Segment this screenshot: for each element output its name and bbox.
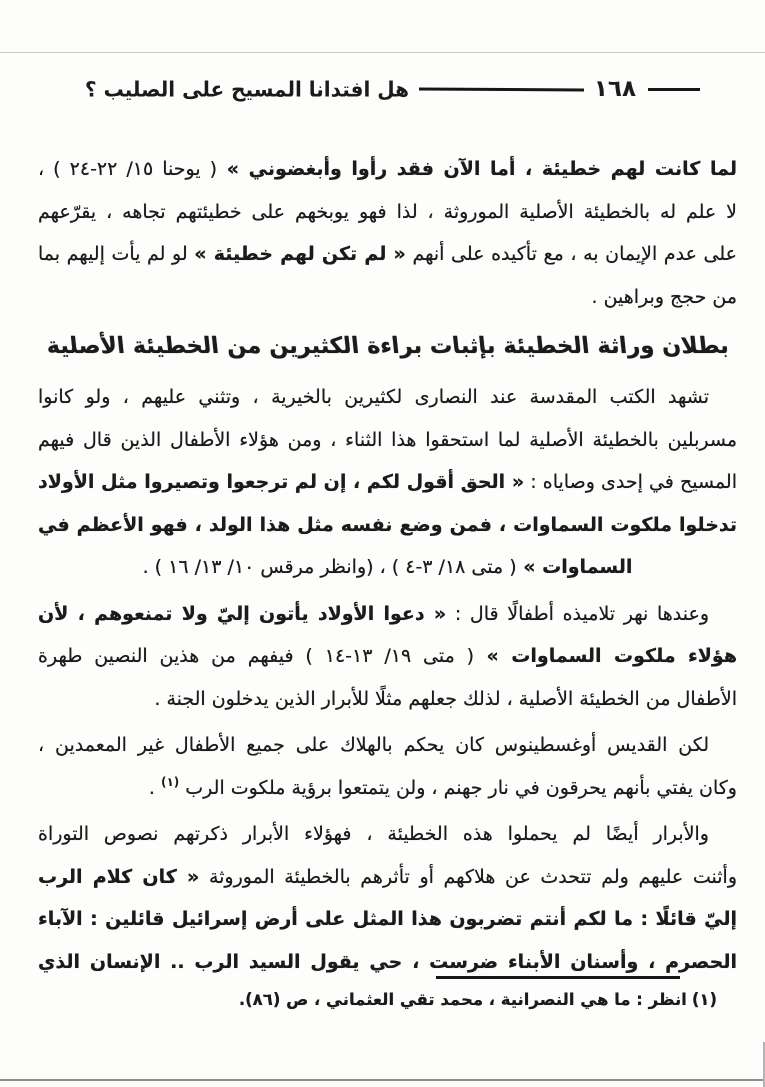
text-segment: تشهد الكتب المقدسة عند النصارى لكثيرين ب… — [38, 386, 709, 408]
footnote-ref-marker: (١) — [692, 990, 717, 1009]
bottom-edge-line — [0, 1079, 765, 1081]
body-line: لا علم له بالخطيئة الأصلية الموروثة ، لذ… — [38, 191, 737, 234]
body-line: وكان يفتي بأنهم يحرقون في نار جهنم ، ولن… — [38, 767, 737, 810]
header-rule-short — [648, 88, 700, 91]
text-segment: وأثنت عليهم ولم تتحدث عن هلاكهم أو تأثره… — [199, 866, 737, 888]
body-line: مسربلين بالخطيئة الأصلية لما استحقوا هذا… — [38, 419, 737, 462]
top-edge-line — [0, 52, 765, 53]
book-page: هل افتدانا المسيح على الصليب ؟ ١٦٨ لما ك… — [0, 0, 765, 1087]
text-segment: المسيح في إحدى وصاياه : — [524, 471, 737, 493]
body-line: المسيح في إحدى وصاياه : « الحق أقول لكم … — [38, 461, 737, 504]
text-segment: « لم تكن لهم خطيئة » — [194, 243, 406, 265]
text-segment: لكن القديس أوغسطينوس كان يحكم بالهلاك عل… — [38, 734, 709, 756]
paragraph: تشهد الكتب المقدسة عند النصارى لكثيرين ب… — [38, 376, 737, 589]
text-segment: إليّ قائلًا : ما لكم أنتم تضربون هذا الم… — [38, 908, 737, 941]
page-number: ١٦٨ — [594, 76, 636, 102]
text-segment: وعندها نهر تلاميذه أطفالًا قال : — [446, 603, 709, 625]
body-line: لما كانت لهم خطيئة ، أما الآن فقد رأوا و… — [38, 148, 737, 191]
text-segment: وكان يفتي بأنهم يحرقون في نار جهنم ، ولن… — [179, 777, 737, 799]
paragraph: والأبرار أيضًا لم يحملوا هذه الخطيئة ، ف… — [38, 813, 737, 983]
body-line: لكن القديس أوغسطينوس كان يحكم بالهلاك عل… — [38, 724, 737, 767]
footnote: (١)انظر : ما هي النصرانية ، محمد تقي الع… — [38, 976, 737, 1013]
body-line: الأطفال من الخطيئة الأصلية ، لذلك جعلهم … — [38, 678, 737, 721]
body-line: هؤلاء ملكوت السماوات » ( متى ١٩/ ‏١٣-١٤ … — [38, 635, 737, 678]
paragraph: لما كانت لهم خطيئة ، أما الآن فقد رأوا و… — [38, 148, 737, 318]
body-line: وأثنت عليهم ولم تتحدث عن هلاكهم أو تأثره… — [38, 856, 737, 899]
section-heading: بطلان وراثة الخطيئة بإثبات براءة الكثيري… — [36, 324, 740, 368]
footnote-marker-superscript: (١) — [161, 775, 179, 789]
body-line: على عدم الإيمان به ، مع تأكيده على أنهم … — [38, 233, 737, 276]
text-segment: من حجج وبراهين . — [591, 286, 737, 308]
footnote-line: (١)انظر : ما هي النصرانية ، محمد تقي الع… — [38, 987, 737, 1013]
body-line: تدخلوا ملكوت السماوات ، فمن وضع نفسه مثل… — [38, 504, 737, 547]
book-title: هل افتدانا المسيح على الصليب ؟ — [85, 77, 409, 102]
body-line: إليّ قائلًا : ما لكم أنتم تضربون هذا الم… — [38, 898, 737, 941]
body-line: تشهد الكتب المقدسة عند النصارى لكثيرين ب… — [38, 376, 737, 419]
body-line: من حجج وبراهين . — [38, 276, 737, 319]
text-segment: ( متى ١٨/ ‏٣-٤ ) ، (وانظر مرقس ١٠/ ‏١٣/ … — [143, 556, 517, 578]
text-segment: السماوات » — [517, 556, 633, 578]
text-segment: تدخلوا ملكوت السماوات ، فمن وضع نفسه مثل… — [38, 514, 737, 547]
running-head: هل افتدانا المسيح على الصليب ؟ ١٦٨ — [85, 70, 700, 108]
text-segment: لا علم له بالخطيئة الأصلية الموروثة ، لذ… — [38, 201, 737, 223]
header-rule — [419, 87, 584, 91]
footnote-text: انظر : ما هي النصرانية ، محمد تقي العثما… — [239, 990, 687, 1009]
body-text: لما كانت لهم خطيئة ، أما الآن فقد رأوا و… — [38, 148, 737, 987]
text-segment: والأبرار أيضًا لم يحملوا هذه الخطيئة ، ف… — [38, 823, 709, 845]
paragraph: وعندها نهر تلاميذه أطفالًا قال : « دعوا … — [38, 593, 737, 721]
text-segment: على عدم الإيمان به ، مع تأكيده على أنهم — [406, 243, 737, 265]
text-segment: ( متى ١٩/ ‏١٣-١٤ ) فيفهم من هذين النصين … — [38, 645, 474, 667]
text-segment: الأطفال من الخطيئة الأصلية ، لذلك جعلهم … — [154, 688, 737, 710]
text-segment: لما كانت لهم خطيئة ، أما الآن فقد رأوا و… — [217, 158, 737, 180]
body-line: السماوات » ( متى ١٨/ ‏٣-٤ ) ، (وانظر مرق… — [38, 546, 737, 589]
text-segment: هؤلاء ملكوت السماوات » — [474, 645, 737, 667]
paragraph: لكن القديس أوغسطينوس كان يحكم بالهلاك عل… — [38, 724, 737, 809]
body-line: وعندها نهر تلاميذه أطفالًا قال : « دعوا … — [38, 593, 737, 636]
text-segment: . — [149, 777, 161, 799]
body-line: والأبرار أيضًا لم يحملوا هذه الخطيئة ، ف… — [38, 813, 737, 856]
text-segment: « كان كلام الرب — [38, 866, 199, 888]
text-segment: مسربلين بالخطيئة الأصلية لما استحقوا هذا… — [38, 429, 737, 451]
footnote-rule — [436, 976, 680, 979]
